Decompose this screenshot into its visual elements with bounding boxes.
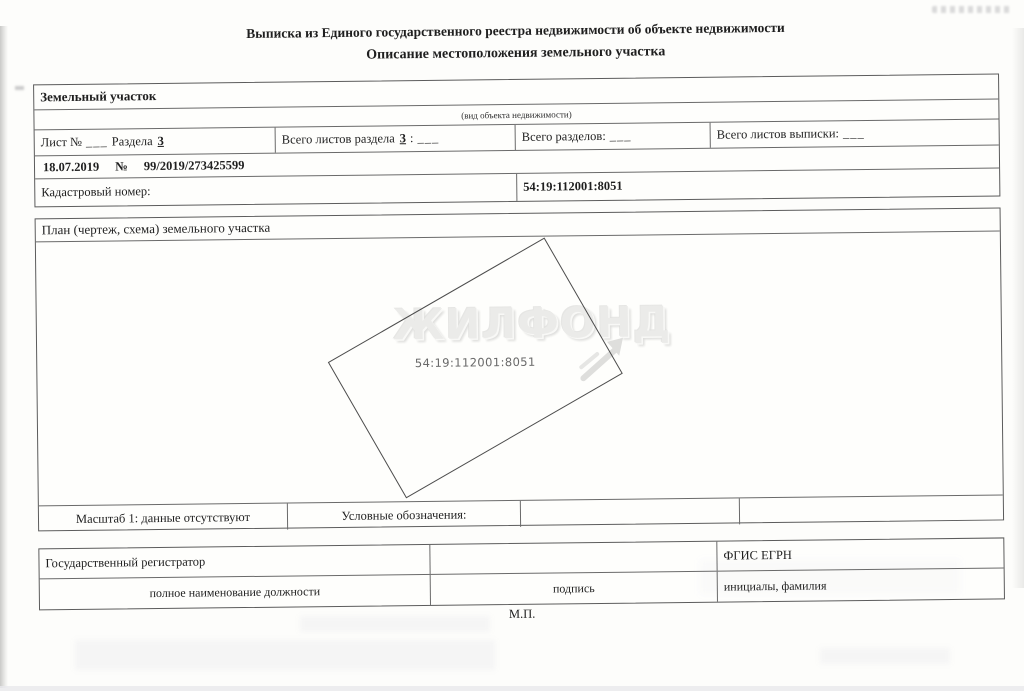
position-caption-cell: полное наименование должности bbox=[40, 575, 431, 609]
section-number: 3 bbox=[158, 134, 164, 149]
page-title: Выписка из Единого государственного реес… bbox=[32, 17, 998, 44]
sheet-blank-field: ___ bbox=[86, 135, 108, 150]
colon: : bbox=[410, 131, 414, 146]
section-label: Раздела bbox=[112, 134, 153, 149]
fgis-egrn-label: ФГИС ЕГРН bbox=[723, 548, 792, 564]
signature-blank-cell bbox=[430, 542, 717, 574]
fgis-cell: ФГИС ЕГРН bbox=[717, 541, 798, 571]
cadastral-value-cell: 54:19:112001:8051 bbox=[517, 173, 629, 201]
cadastral-number-value: 54:19:112001:8051 bbox=[523, 179, 622, 195]
legend-empty-cell-1 bbox=[521, 498, 740, 526]
name-caption-cell: инициалы, фамилия bbox=[718, 570, 833, 601]
total-section-sheets-cell: Всего листов раздела 3 : ___ bbox=[276, 125, 516, 153]
scanned-page: Выписка из Единого государственного реес… bbox=[0, 0, 1024, 691]
total-section-sheets-number: 3 bbox=[400, 131, 406, 146]
total-section-sheets-label: Всего листов раздела bbox=[282, 131, 395, 147]
scale-cell: Масштаб 1: данные отсутствуют bbox=[39, 504, 288, 533]
page-subtitle: Описание местоположения земельного участ… bbox=[33, 40, 999, 67]
plan-table: План (чертеж, схема) земельного участка … bbox=[35, 207, 1004, 531]
object-type-label: Земельный участок bbox=[40, 88, 156, 105]
registration-number: 99/2019/273425599 bbox=[144, 158, 245, 174]
registrar-cell: Государственный регистратор bbox=[39, 545, 430, 578]
position-caption: полное наименование должности bbox=[149, 584, 320, 601]
registrar-label: Государственный регистратор bbox=[45, 554, 205, 571]
header-table: Земельный участок (вид объекта недвижимо… bbox=[33, 73, 1000, 207]
total-sections-cell: Всего разделов: ___ bbox=[516, 123, 711, 150]
total-extract-sheets-cell: Всего листов выписки: ___ bbox=[711, 121, 875, 148]
sign-caption: подпись bbox=[553, 581, 595, 596]
parcel-cadastral-label: 54:19:112001:8051 bbox=[409, 355, 541, 370]
sign-caption-cell: подпись bbox=[431, 572, 718, 605]
object-type-hint: (вид объекта недвижимости) bbox=[461, 109, 572, 120]
total-section-sheets-blank: ___ bbox=[417, 131, 439, 146]
legend-cell: Условные обозначения: bbox=[288, 501, 521, 530]
cadastral-number-label: Кадастровый номер: bbox=[41, 184, 150, 200]
registration-date: 18.07.2019 bbox=[43, 159, 99, 175]
name-caption: инициалы, фамилия bbox=[724, 578, 827, 594]
sheet-label: Лист № bbox=[41, 135, 82, 150]
sheet-number-cell: Лист № ___ Раздела 3 bbox=[35, 128, 276, 156]
legend-empty-cell-2 bbox=[740, 498, 752, 524]
total-extract-sheets-label: Всего листов выписки: bbox=[717, 126, 839, 142]
cadastral-label-cell: Кадастровый номер: bbox=[35, 174, 517, 206]
signature-table: Государственный регистратор ФГИС ЕГРН по… bbox=[38, 537, 1005, 610]
total-sections-label: Всего разделов: bbox=[522, 129, 606, 145]
scale-text: Масштаб 1: данные отсутствуют bbox=[76, 509, 250, 526]
legend-label: Условные обозначения: bbox=[341, 507, 466, 523]
document-content: Выписка из Единого государственного реес… bbox=[0, 0, 1024, 691]
number-sign: № bbox=[115, 159, 128, 174]
total-extract-sheets-blank: ___ bbox=[843, 126, 865, 141]
total-sections-blank: ___ bbox=[610, 129, 632, 144]
plan-drawing-area: ЖИЛФОНД 54:19:112001:8051 bbox=[36, 231, 1003, 506]
plan-title: План (чертеж, схема) земельного участка bbox=[42, 220, 271, 239]
